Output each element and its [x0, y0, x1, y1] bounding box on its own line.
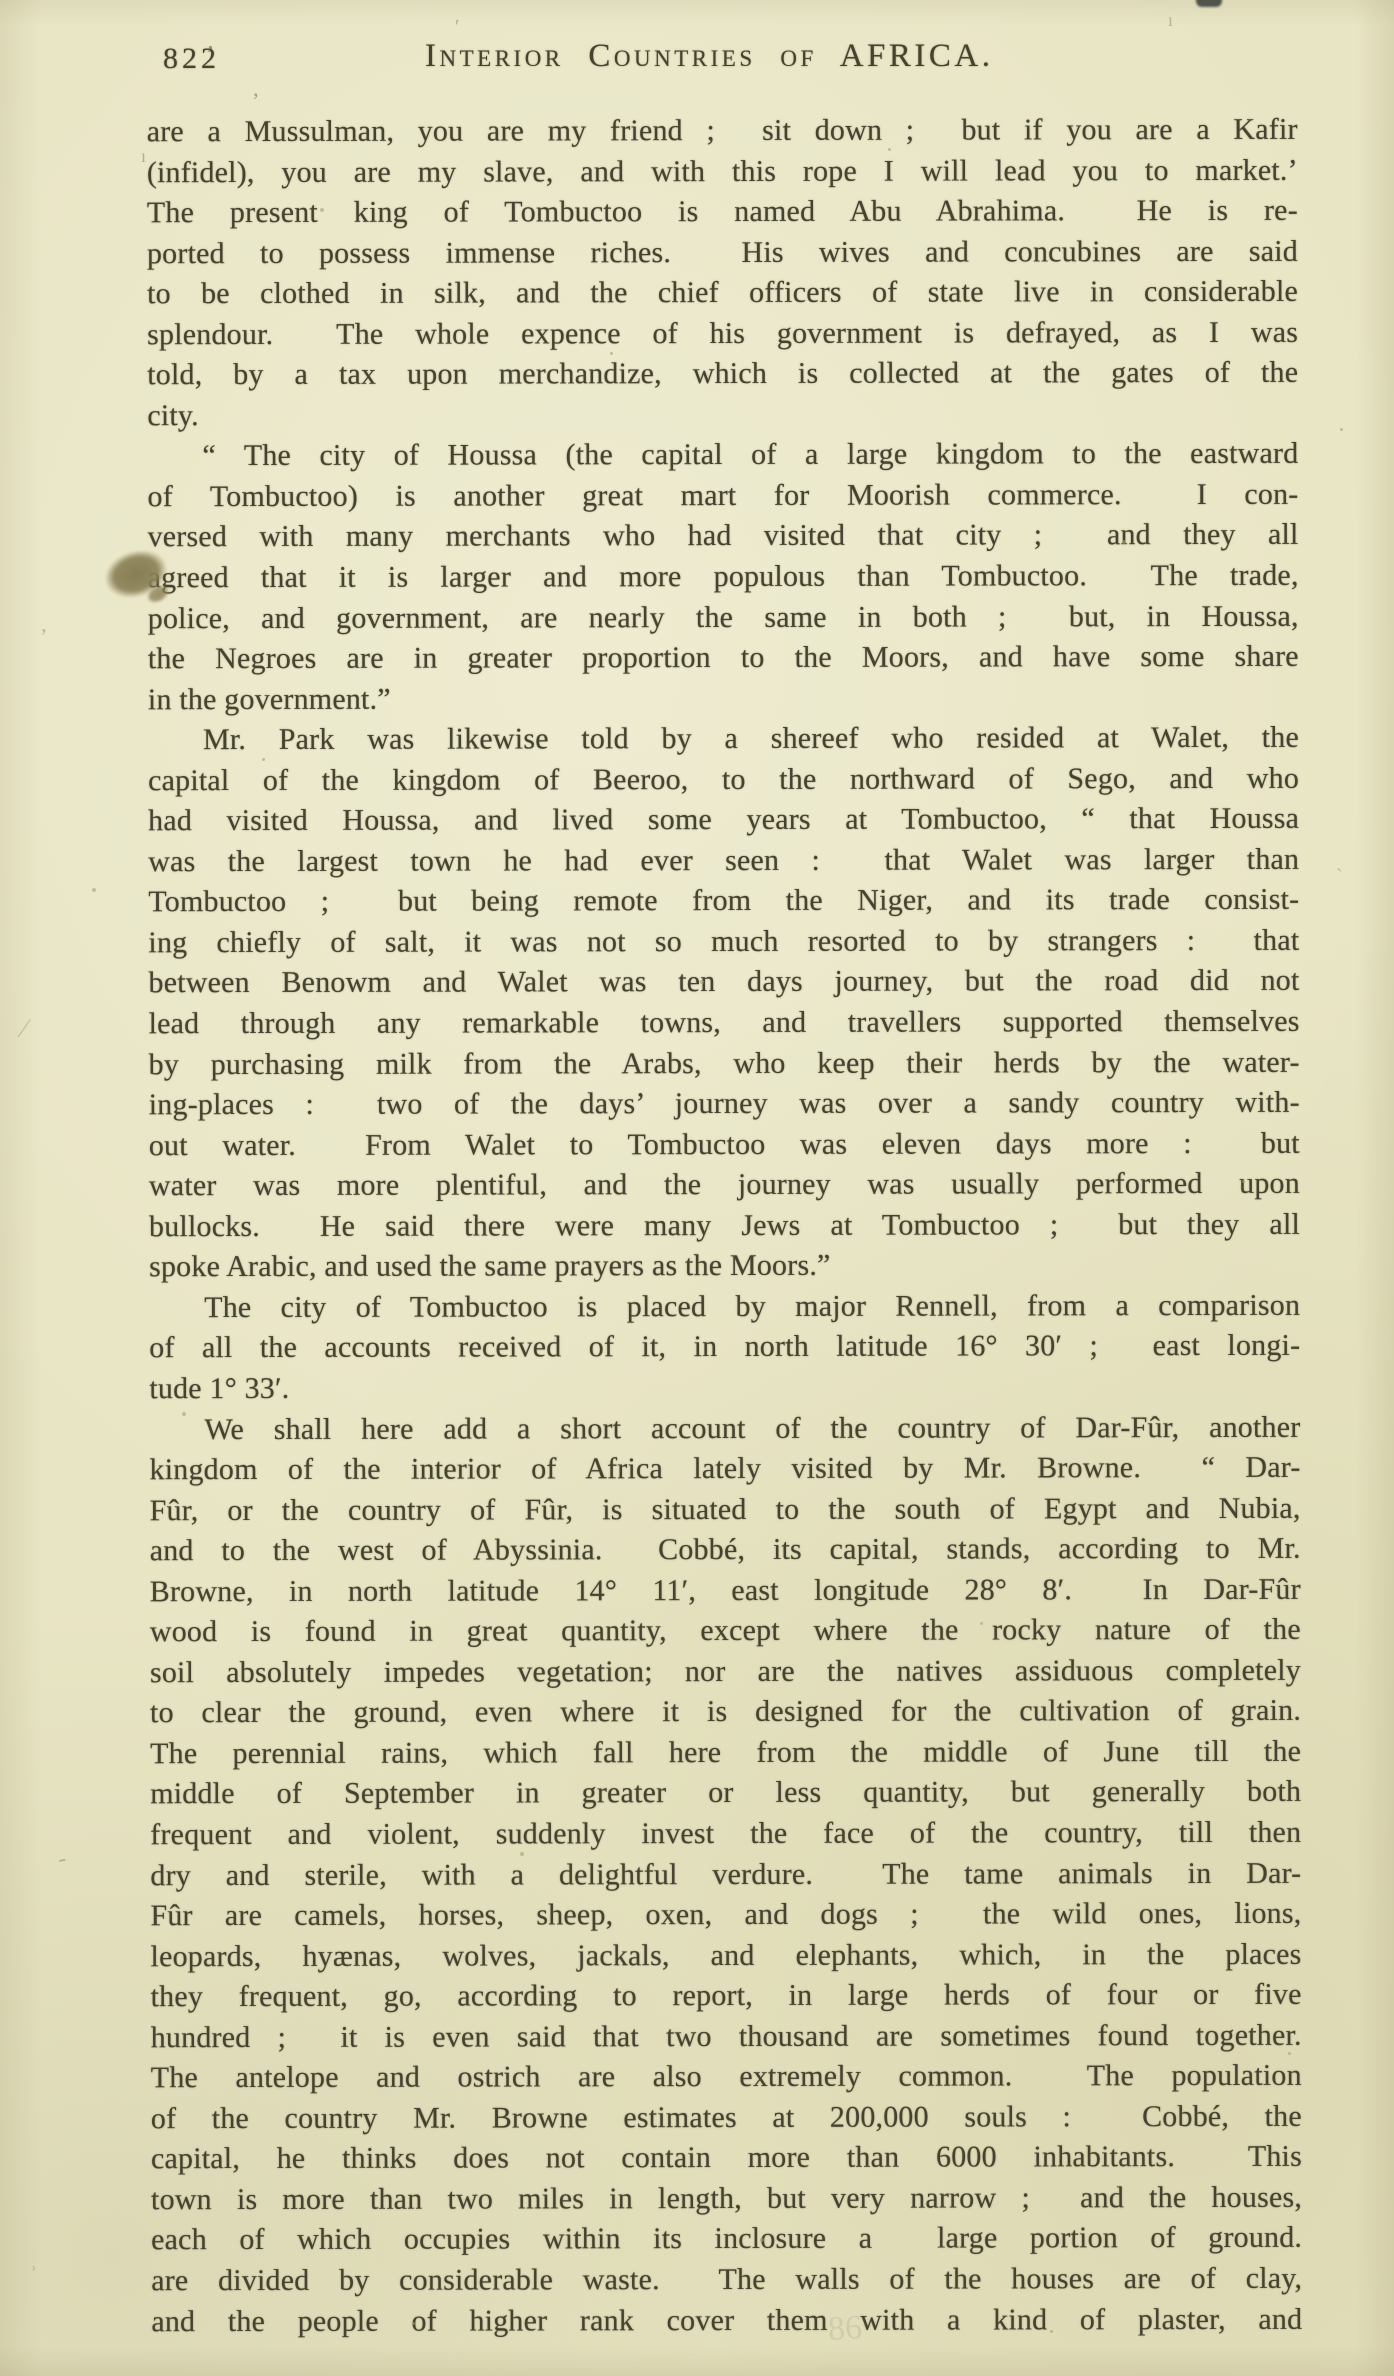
- paper-speck: [760, 2238, 764, 2242]
- text-line: between Benowm and Walet was ten days jo…: [148, 961, 1299, 1004]
- page-number: 822: [163, 42, 220, 76]
- text-line: police, and government, are nearly the s…: [148, 596, 1299, 639]
- text-line: the Negroes are in greater proportion to…: [148, 637, 1299, 680]
- text-line: The perennial rains, which fall here fro…: [150, 1732, 1301, 1775]
- text-line: kingdom of the interior of Africa lately…: [149, 1448, 1300, 1491]
- text-line: tude 1° 33′.: [149, 1367, 1300, 1410]
- paper-speck: [412, 2322, 415, 2325]
- scan-artifact: ⁄: [22, 1014, 26, 1044]
- text-line: by purchasing milk from the Arabs, who k…: [149, 1042, 1300, 1085]
- paper-speck: [1288, 2052, 1291, 2055]
- text-line: bullocks. He said there were many Jews a…: [149, 1205, 1300, 1248]
- text-line: soil absolutely impedes vegetation; nor …: [150, 1651, 1301, 1694]
- text-line: they frequent, go, according to report, …: [151, 1975, 1302, 2018]
- text-line: of Tombuctoo) is another great mart for …: [147, 475, 1298, 518]
- text-line: hundred ; it is even said that two thous…: [151, 2015, 1302, 2058]
- text-line: to clear the ground, even where it is de…: [150, 1691, 1301, 1734]
- scan-artifact: ’: [252, 88, 259, 114]
- paper-speck: [182, 1412, 186, 1416]
- text-line: The antelope and ostrich are also extrem…: [151, 2056, 1302, 2099]
- paper-speck: [320, 208, 324, 212]
- text-line: wood is found in great quantity, except …: [150, 1610, 1301, 1653]
- text-line: Fûr are camels, horses, sheep, oxen, and…: [150, 1894, 1301, 1937]
- text-line: Mr. Park was likewise told by a shereef …: [148, 718, 1299, 761]
- text-line: of the country Mr. Browne estimates at 2…: [151, 2097, 1302, 2140]
- text-line: and the people of higher rank cover them…: [151, 2299, 1302, 2342]
- text-line: capital, he thinks does not contain more…: [151, 2137, 1302, 2180]
- text-line: lead through any remarkable towns, and t…: [149, 1002, 1300, 1045]
- scan-artifact: ˎ: [1336, 850, 1343, 873]
- text-line: city.: [147, 394, 1298, 437]
- paper-speck: [520, 1852, 524, 1856]
- paper-speck: [980, 1622, 983, 1625]
- scanned-book-page: { "page": { "number": "822", "title": "I…: [0, 0, 1394, 2376]
- text-line: agreed that it is larger and more populo…: [148, 556, 1299, 599]
- paper-speck: [610, 352, 613, 355]
- text-line: in the government.”: [148, 677, 1299, 720]
- text-line: capital of the kingdom of Beeroo, to the…: [148, 759, 1299, 802]
- text-line: out water. From Walet to Tombuctoo was e…: [149, 1123, 1300, 1166]
- scan-artifact: ʼ: [40, 624, 47, 650]
- text-line: and to the west of Abyssinia. Cobbé, its…: [150, 1529, 1301, 1572]
- paper-speck: [888, 148, 891, 151]
- text-column: are a Mussulman, you are my friend ; sit…: [147, 110, 1303, 2342]
- text-line: The city of Tombuctoo is placed by major…: [149, 1286, 1300, 1329]
- text-line: Fûr, or the country of Fûr, is situated …: [150, 1488, 1301, 1531]
- paper-speck: [700, 980, 704, 984]
- running-header-title: Interior Countries of AFRICA.: [425, 38, 994, 75]
- text-line: Tombuctoo ; but being remote from the Ni…: [148, 880, 1299, 923]
- text-line: (infidel), you are my slave, and with th…: [147, 150, 1298, 193]
- text-line: Browne, in north latitude 14° 11′, east …: [150, 1569, 1301, 1612]
- text-line: spoke Arabic, and used the same prayers …: [149, 1245, 1300, 1288]
- scan-artifact: ı: [1168, 10, 1173, 31]
- text-line: frequent and violent, suddenly invest th…: [150, 1813, 1301, 1856]
- text-line: dry and sterile, with a delightful verdu…: [150, 1853, 1301, 1896]
- text-line: splendour. The whole expence of his gove…: [147, 313, 1298, 356]
- paper-speck: [1050, 2330, 1053, 2333]
- scan-artifact: ı: [141, 146, 146, 167]
- text-line: had visited Houssa, and lived some years…: [148, 799, 1299, 842]
- text-line: versed with many merchants who had visit…: [148, 515, 1299, 558]
- scan-edge-mark: [1196, 0, 1222, 7]
- text-line: town is more than two miles in length, b…: [151, 2178, 1302, 2221]
- scan-artifact: ʾ: [30, 2262, 37, 2288]
- scan-artifact: -: [55, 1845, 68, 1873]
- book-page: 822 Interior Countries of AFRICA. are a …: [0, 0, 1394, 2376]
- paper-speck: [1122, 540, 1126, 544]
- text-line: We shall here add a short account of the…: [149, 1407, 1300, 1450]
- text-line: leopards, hyænas, wolves, jackals, and e…: [150, 1934, 1301, 1977]
- text-line: middle of September in greater or less q…: [150, 1772, 1301, 1815]
- paper-speck: [262, 758, 265, 761]
- text-line: ported to possess immense riches. His wi…: [147, 231, 1298, 274]
- text-line: The present king of Tombuctoo is named A…: [147, 191, 1298, 234]
- text-line: ing-places : two of the days’ journey wa…: [149, 1083, 1300, 1126]
- text-line: ing chiefly of salt, it was not so much …: [148, 921, 1299, 964]
- text-line: each of which occupies within its inclos…: [151, 2218, 1302, 2261]
- scan-artifact: ʹ: [455, 16, 459, 39]
- paper-speck: [92, 888, 96, 892]
- paper-speck: [1242, 1180, 1245, 1183]
- text-line: “ The city of Houssa (the capital of a l…: [147, 434, 1298, 477]
- text-line: was the largest town he had ever seen : …: [148, 840, 1299, 883]
- text-line: told, by a tax upon merchandize, which i…: [147, 353, 1298, 396]
- text-line: are divided by considerable waste. The w…: [151, 2259, 1302, 2302]
- text-line: are a Mussulman, you are my friend ; sit…: [147, 110, 1298, 153]
- text-line: to be clothed in silk, and the chief off…: [147, 272, 1298, 315]
- text-line: of all the accounts received of it, in n…: [149, 1326, 1300, 1369]
- paper-speck: [1340, 428, 1343, 431]
- text-line: water was more plentiful, and the journe…: [149, 1164, 1300, 1207]
